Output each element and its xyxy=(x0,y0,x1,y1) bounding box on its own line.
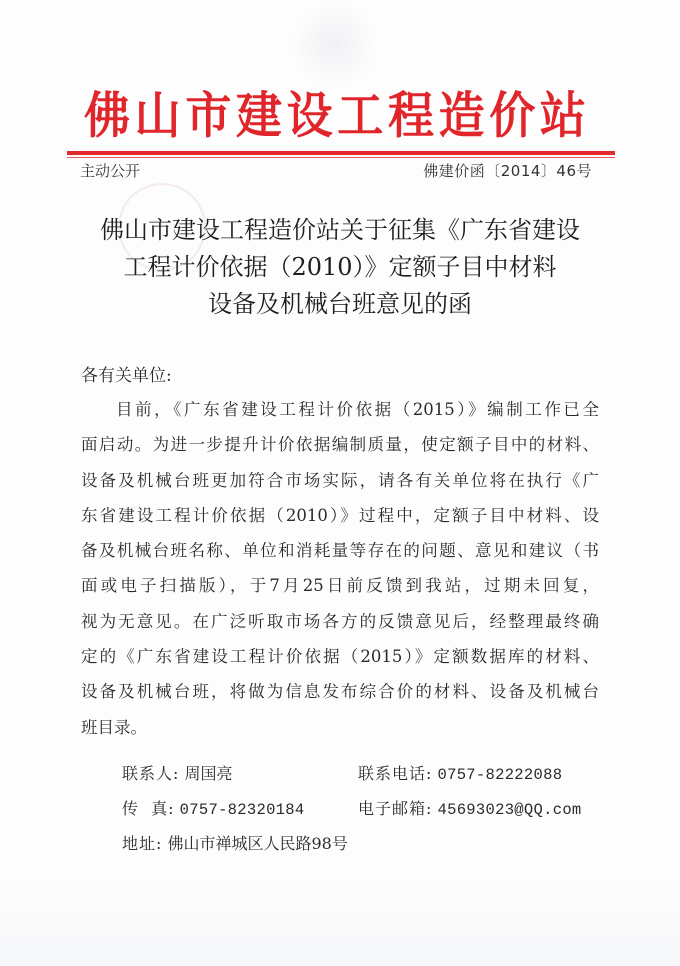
contact-row-person-phone: 联系人: 周国亮 联系电话: 0757-82222088 xyxy=(122,760,602,795)
document-page: 佛 山 市 建 设 工 程 造 价 站 主动公开 佛建价函〔2014〕46号 佛… xyxy=(0,0,680,966)
scan-shadow xyxy=(290,0,380,90)
body-paragraph: 目前，《广东省建设工程计价依据（2015）》编制工作已全 面启动。为进一步提升计… xyxy=(81,396,599,749)
document-title: 佛山市建设工程造价站关于征集《广东省建设 工程计价依据（2010）》定额子目中材… xyxy=(60,212,620,323)
masthead-char: 市 xyxy=(185,84,231,147)
body-line: 班目录。 xyxy=(81,714,599,749)
fax-label: 传 真: xyxy=(122,799,175,818)
scan-shadow xyxy=(0,880,680,966)
masthead-char: 建 xyxy=(236,84,282,147)
masthead-char: 山 xyxy=(135,84,181,147)
body-line: 面启动。为进一步提升计价依据编制质量，使定额子目中的材料、 xyxy=(81,431,599,466)
contact-row-fax-email: 传 真: 0757-82320184 电子邮箱: 45693023@QQ.com xyxy=(122,795,602,830)
body-line: 设备及机械台班，将做为信息发布综合价的材料、设备及机械台 xyxy=(81,678,599,713)
document-number: 佛建价函〔2014〕46号 xyxy=(423,160,592,182)
email-value: 45693023@QQ.com xyxy=(438,801,582,819)
masthead-char: 设 xyxy=(287,84,333,147)
title-line: 设备及机械台班意见的函 xyxy=(60,286,620,323)
contact-person-value: 周国亮 xyxy=(185,764,233,783)
red-header-rule-thin xyxy=(67,157,615,158)
phone-value: 0757-82222088 xyxy=(438,766,563,784)
contact-info: 联系人: 周国亮 联系电话: 0757-82222088 传 真: 0757-8… xyxy=(122,760,602,865)
masthead-char: 佛 xyxy=(84,84,130,147)
email-label: 电子邮箱: xyxy=(358,799,432,818)
masthead-char: 价 xyxy=(489,84,535,147)
masthead-organization-name: 佛 山 市 建 设 工 程 造 价 站 xyxy=(84,86,586,144)
masthead-char: 工 xyxy=(337,84,383,147)
red-header-rule xyxy=(67,151,615,155)
body-line: 面或电子扫描版），于7月25日前反馈到我站，过期未回复， xyxy=(81,572,599,607)
body-line: 视为无意见。在广泛听取市场各方的反馈意见后，经整理最终确 xyxy=(81,608,599,643)
phone-label: 联系电话: xyxy=(358,764,432,783)
body-line: 备及机械台班名称、单位和消耗量等存在的问题、意见和建议（书 xyxy=(81,537,599,572)
body-line: 东省建设工程计价依据（2010）》过程中，定额子目中材料、设 xyxy=(81,502,599,537)
fax-value: 0757-82320184 xyxy=(180,801,305,819)
masthead-char: 程 xyxy=(388,84,434,147)
body-line: 设备及机械台班更加符合市场实际，请各有关单位将在执行《广 xyxy=(81,467,599,502)
masthead-char: 造 xyxy=(439,84,485,147)
address-value: 佛山市禅城区人民路98号 xyxy=(168,834,348,853)
salutation: 各有关单位: xyxy=(81,362,172,390)
contact-person-label: 联系人: xyxy=(122,764,179,783)
contact-row-address: 地址: 佛山市禅城区人民路98号 xyxy=(122,830,602,865)
masthead-char: 站 xyxy=(540,84,586,147)
body-line: 目前，《广东省建设工程计价依据（2015）》编制工作已全 xyxy=(81,396,599,431)
title-line: 佛山市建设工程造价站关于征集《广东省建设 xyxy=(60,212,620,249)
body-line: 定的《广东省建设工程计价依据（2015）》定额数据库的材料、 xyxy=(81,643,599,678)
title-line: 工程计价依据（2010）》定额子目中材料 xyxy=(60,249,620,286)
disclosure-label: 主动公开 xyxy=(80,160,140,182)
address-label: 地址: xyxy=(122,834,162,853)
